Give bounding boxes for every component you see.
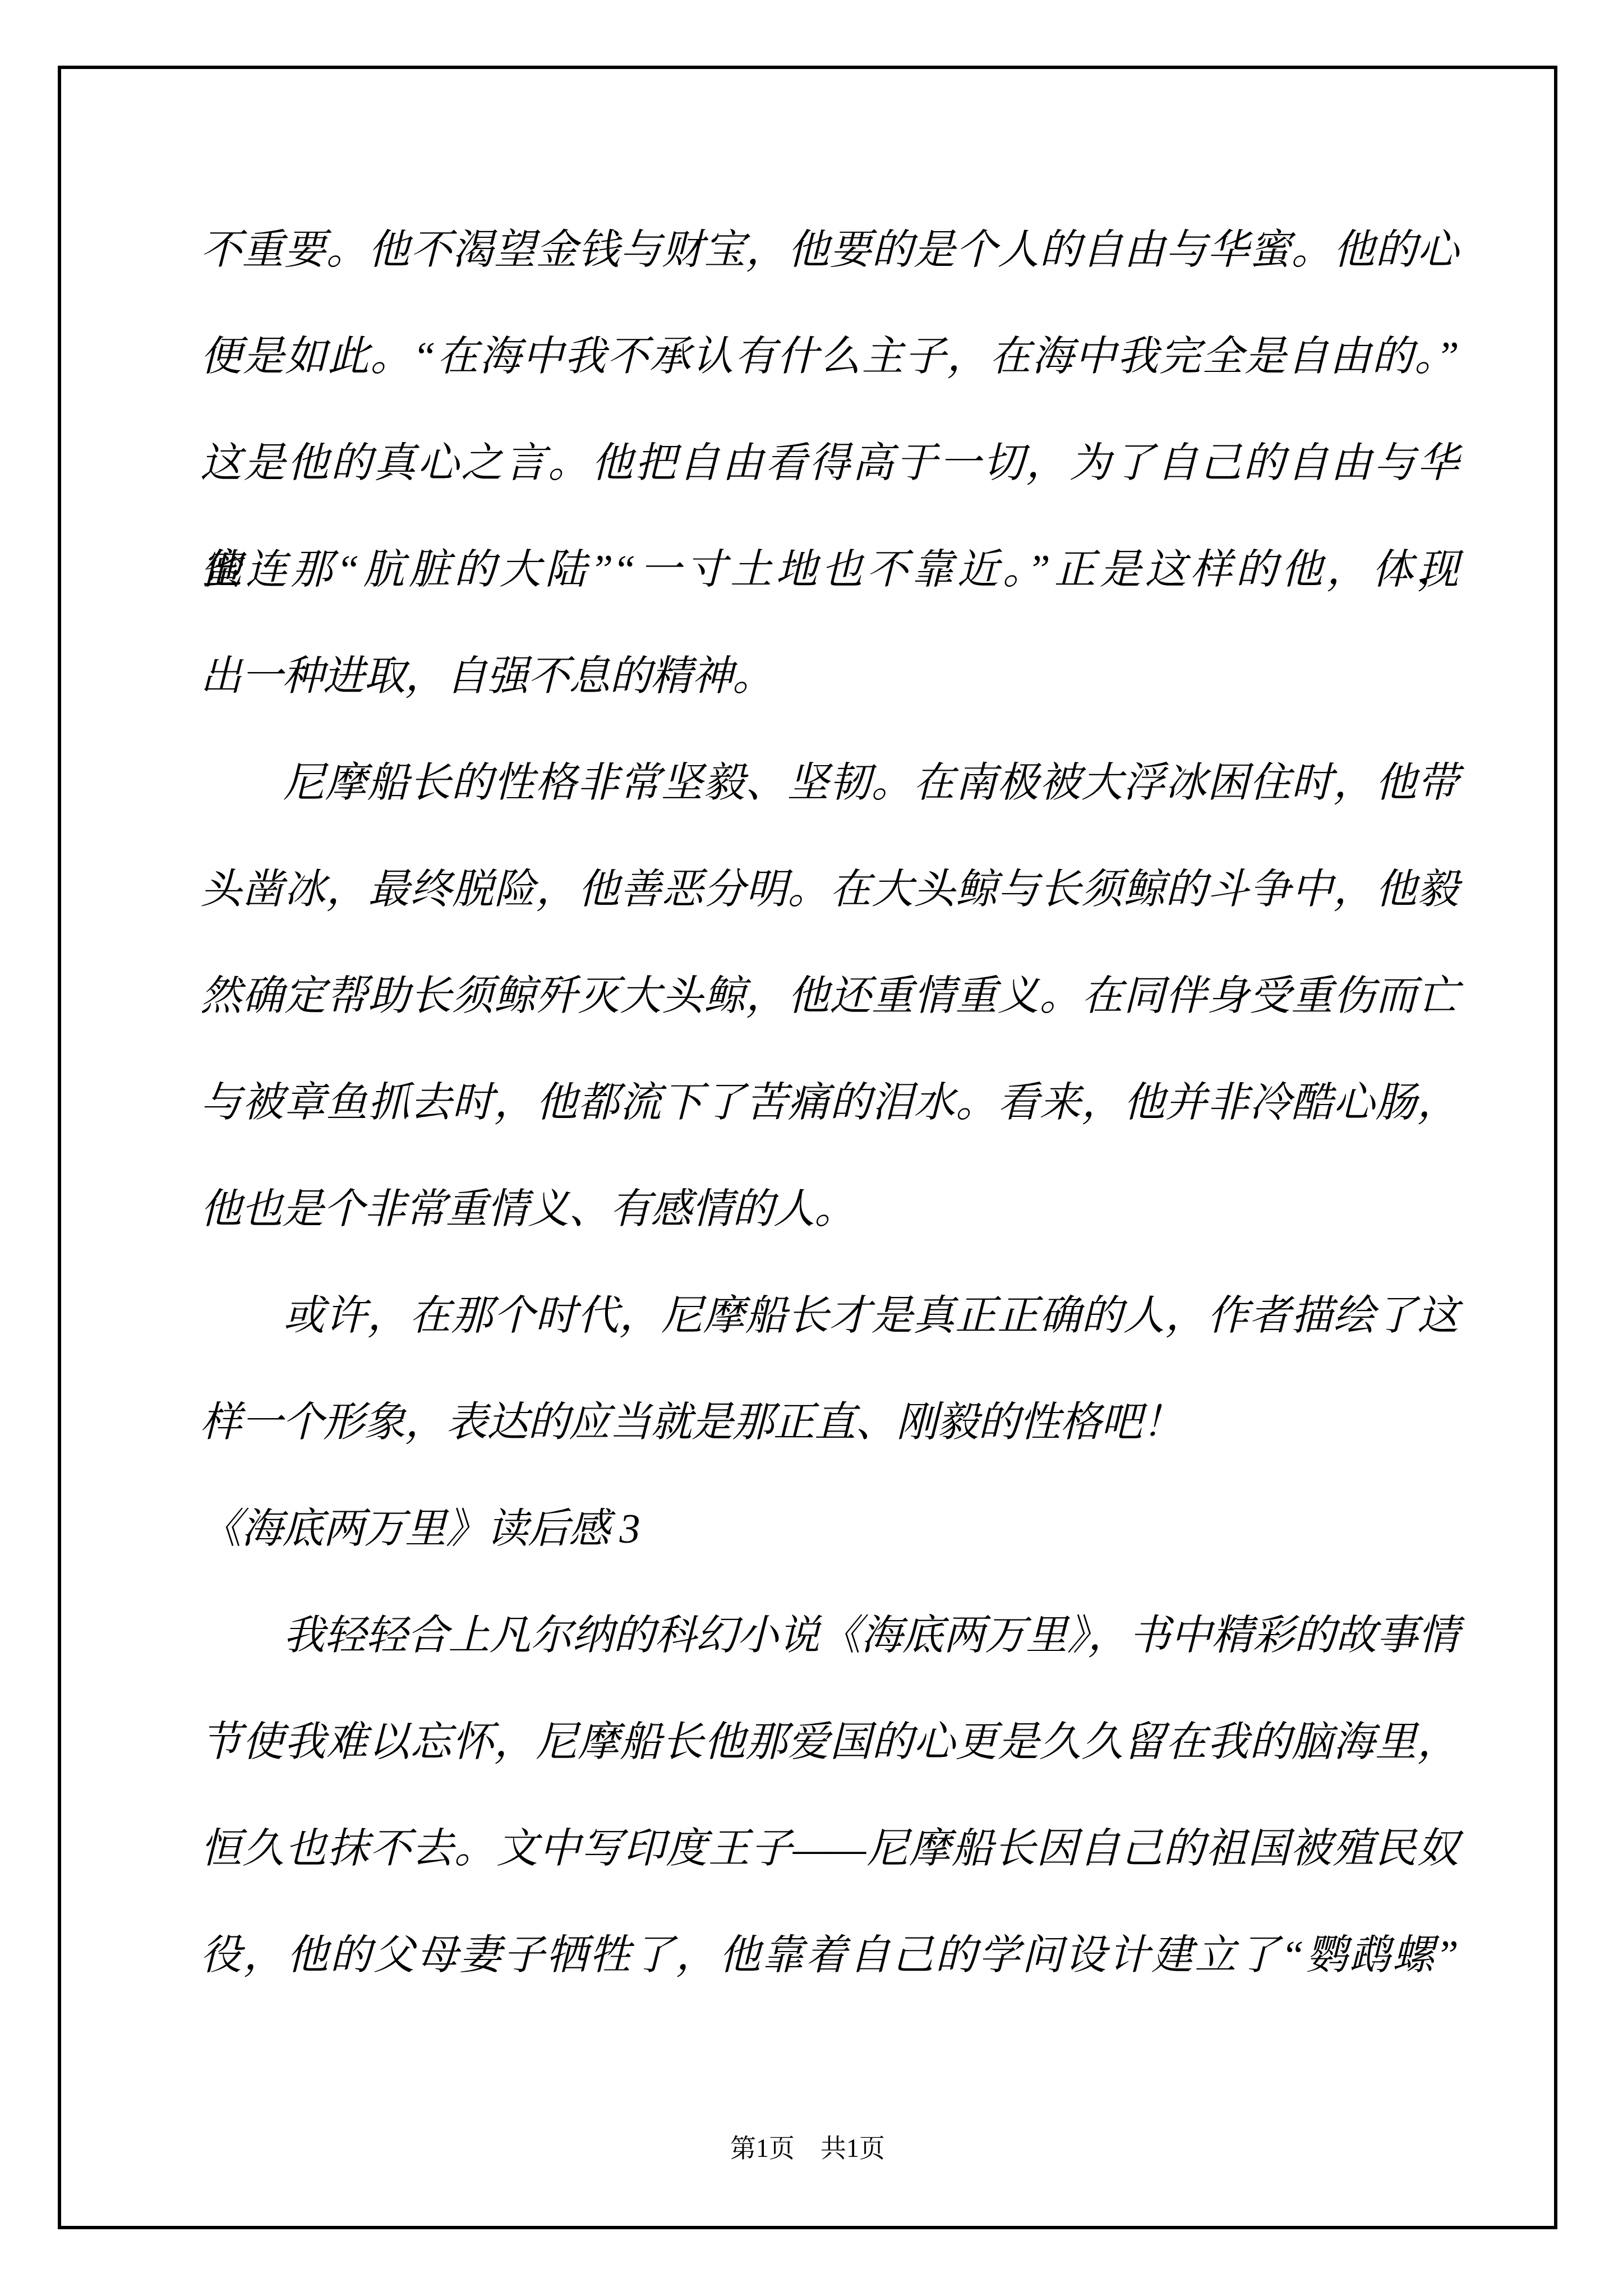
text-line: 或许，在那个时代，尼摩船长才是真正正确的人，作者描绘了这 — [200, 1263, 1458, 1369]
text-line: 样一个形象，表达的应当就是那正直、刚毅的性格吧！ — [200, 1369, 1458, 1476]
text-line: 出一种进取，自强不息的精神。 — [200, 623, 1458, 730]
text-line: 然确定帮助长须鲸歼灭大头鲸，他还重情重义。在同伴身受重伤而亡 — [200, 943, 1458, 1050]
text-line: 我轻轻合上凡尔纳的科幻小说《海底两万里》，书中精彩的故事情 — [200, 1582, 1458, 1689]
text-line: 头凿冰，最终脱险，他善恶分明。在大头鲸与长须鲸的斗争中，他毅 — [200, 836, 1458, 943]
text-line: 他也是个非常重情义、有感情的人。 — [200, 1156, 1458, 1263]
text-line: 恒久也抹不去。文中写印度王子——尼摩船长因自己的祖国被殖民奴 — [200, 1796, 1458, 1902]
text-line: 尼摩船长的性格非常坚毅、坚韧。在南极被大浮冰困住时，他带 — [200, 730, 1458, 836]
text-line: 役，他的父母妻子牺牲了，他靠着自己的学问设计建立了“鹦鹉螺” — [200, 1902, 1458, 2009]
text-line: 与被章鱼抓去时，他都流下了苦痛的泪水。看来，他并非冷酷心肠， — [200, 1050, 1458, 1156]
page-number-footer: 第1页 共1页 — [58, 2129, 1557, 2168]
section-heading: 《海底两万里》读后感 3 — [200, 1476, 1458, 1582]
text-line: 便是如此。“在海中我不承认有什么主子，在海中我完全是自由的。” — [200, 303, 1458, 410]
text-line: 他连那“肮脏的大陆”“一寸土地也不靠近。”正是这样的他，体现 — [200, 517, 1458, 623]
text-line: 节使我难以忘怀，尼摩船长他那爱国的心更是久久留在我的脑海里， — [200, 1689, 1458, 1796]
text-block: 不重要。他不渴望金钱与财宝，他要的是个人的自由与华蜜。他的心 便是如此。“在海中… — [200, 197, 1458, 2009]
text-line: 不重要。他不渴望金钱与财宝，他要的是个人的自由与华蜜。他的心 — [200, 197, 1458, 303]
text-line: 这是他的真心之言。他把自由看得高于一切，为了自己的自由与华蜜， — [200, 410, 1458, 517]
